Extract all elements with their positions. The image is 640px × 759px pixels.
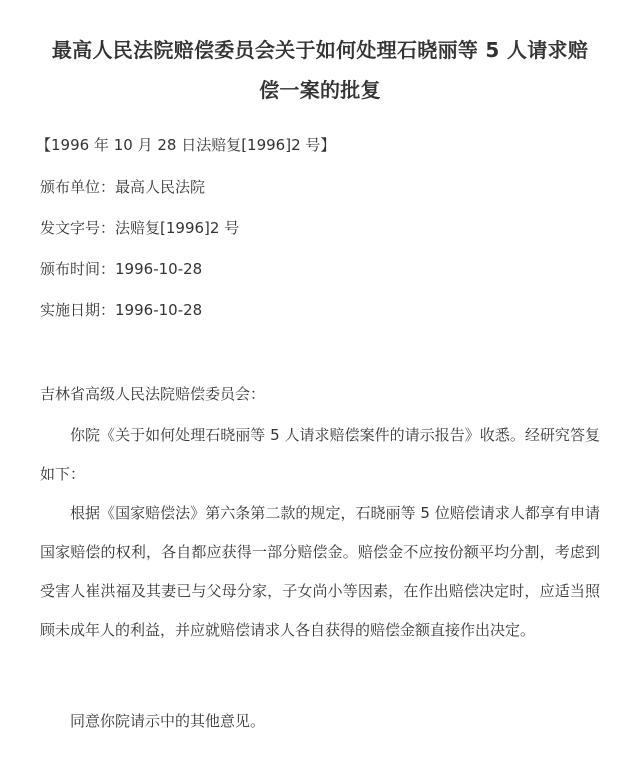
- title-line-2: 偿一案的批复: [30, 70, 610, 110]
- body-paragraph-3: 同意你院请示中的其他意见。: [40, 702, 600, 741]
- meta-value: 最高人民法院: [115, 178, 205, 196]
- salutation: 吉林省高级人民法院赔偿委员会：: [40, 384, 265, 404]
- meta-value: 1996-10-28: [115, 301, 202, 319]
- meta-label: 颁布时间：: [40, 260, 115, 278]
- meta-value: 1996-10-28: [115, 260, 202, 278]
- meta-value: 法赔复[1996]2 号: [115, 219, 239, 237]
- meta-label: 颁布单位：: [40, 178, 115, 196]
- body-paragraph-1: 你院《关于如何处理石晓丽等 5 人请求赔偿案件的请示报告》收悉。经研究答复如下：: [40, 416, 600, 494]
- meta-doc-number: 发文字号：法赔复[1996]2 号: [40, 218, 239, 238]
- meta-effective-date: 实施日期：1996-10-28: [40, 300, 202, 320]
- meta-label: 发文字号：: [40, 219, 115, 237]
- header-reference: 【1996 年 10 月 28 日法赔复[1996]2 号】: [36, 135, 335, 155]
- meta-issue-date: 颁布时间：1996-10-28: [40, 259, 202, 279]
- body-paragraph-2: 根据《国家赔偿法》第六条第二款的规定，石晓丽等 5 位赔偿请求人都享有申请国家赔…: [40, 494, 600, 650]
- meta-issuer: 颁布单位：最高人民法院: [40, 177, 205, 197]
- title-line-1: 最高人民法院赔偿委员会关于如何处理石晓丽等 5 人请求赔: [30, 30, 610, 70]
- meta-label: 实施日期：: [40, 301, 115, 319]
- document-title: 最高人民法院赔偿委员会关于如何处理石晓丽等 5 人请求赔 偿一案的批复: [30, 30, 610, 110]
